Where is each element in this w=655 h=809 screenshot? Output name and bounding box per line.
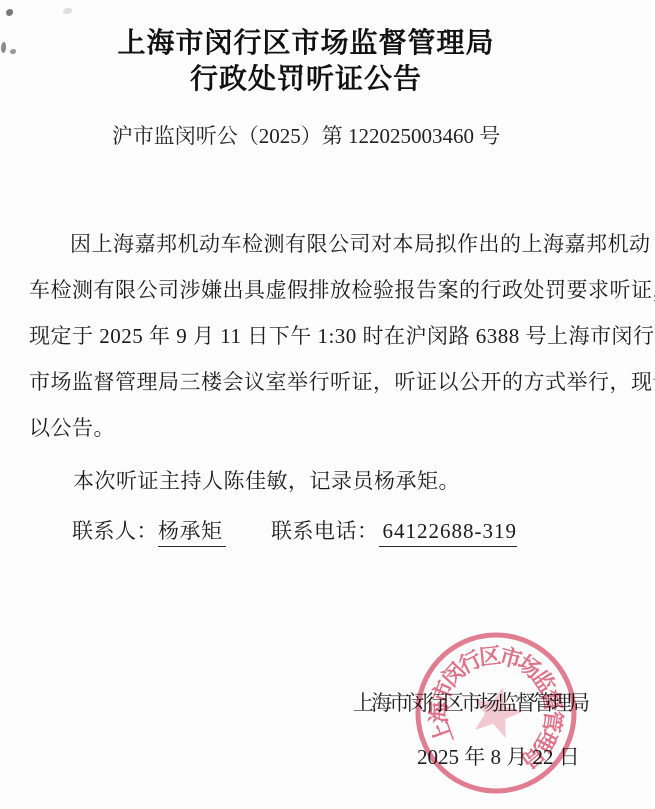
contact-person-name: 杨承矩 bbox=[158, 516, 226, 547]
paragraph-line: 以公告。 bbox=[29, 405, 586, 451]
seal-text-char: 场 bbox=[513, 650, 545, 683]
hearing-host-line: 本次听证主持人陈佳敏，记录员杨承矩。 bbox=[73, 458, 460, 504]
paragraph-line: 现定于 2025 年 9 月 11 日下午 1:30 时在沪闵路 6388 号上… bbox=[29, 313, 586, 359]
document-title-line2: 行政处罚听证公告 bbox=[0, 62, 612, 98]
seal-text-char: 闵 bbox=[437, 658, 470, 691]
contact-phone-number: 64122688-319 bbox=[379, 516, 518, 547]
paragraph-line: 市场监督管理局三楼会议室举行听证，听证以公开的方式举行，现予 bbox=[29, 359, 586, 405]
scan-noise-speck bbox=[6, 9, 13, 16]
contact-person-label: 联系人： bbox=[72, 519, 158, 543]
scanned-document-page: 上海市闵行区市场监督管理局 行政处罚听证公告 沪市监闵听公（2025）第 122… bbox=[0, 0, 655, 809]
document-number: 沪市监闵听公（2025）第 122025003460 号 bbox=[0, 121, 612, 151]
contact-phone-label: 联系电话： bbox=[271, 519, 379, 543]
contact-line: 联系人：杨承矩联系电话：64122688-319 bbox=[72, 508, 517, 554]
scan-noise-speck bbox=[63, 8, 72, 14]
paragraph-line: 车检测有限公司涉嫌出具虚假排放检验报告案的行政处罚要求听证， bbox=[29, 267, 586, 313]
issue-date: 2025 年 8 月 22 日 bbox=[417, 742, 580, 772]
issuing-authority-signature: 上海市闵行区市场监督管理局 bbox=[353, 688, 587, 718]
document-title-line1: 上海市闵行区市场监督管理局 bbox=[0, 26, 612, 62]
announcement-paragraph: 因上海嘉邦机动车检测有限公司对本局拟作出的上海嘉邦机动 车检测有限公司涉嫌出具虚… bbox=[29, 221, 586, 451]
seal-text-char: 行 bbox=[455, 646, 486, 678]
seal-text-char: 区 bbox=[478, 643, 502, 670]
seal-text-char: 市 bbox=[497, 643, 525, 673]
paragraph-line: 因上海嘉邦机动车检测有限公司对本局拟作出的上海嘉邦机动 bbox=[29, 221, 586, 267]
